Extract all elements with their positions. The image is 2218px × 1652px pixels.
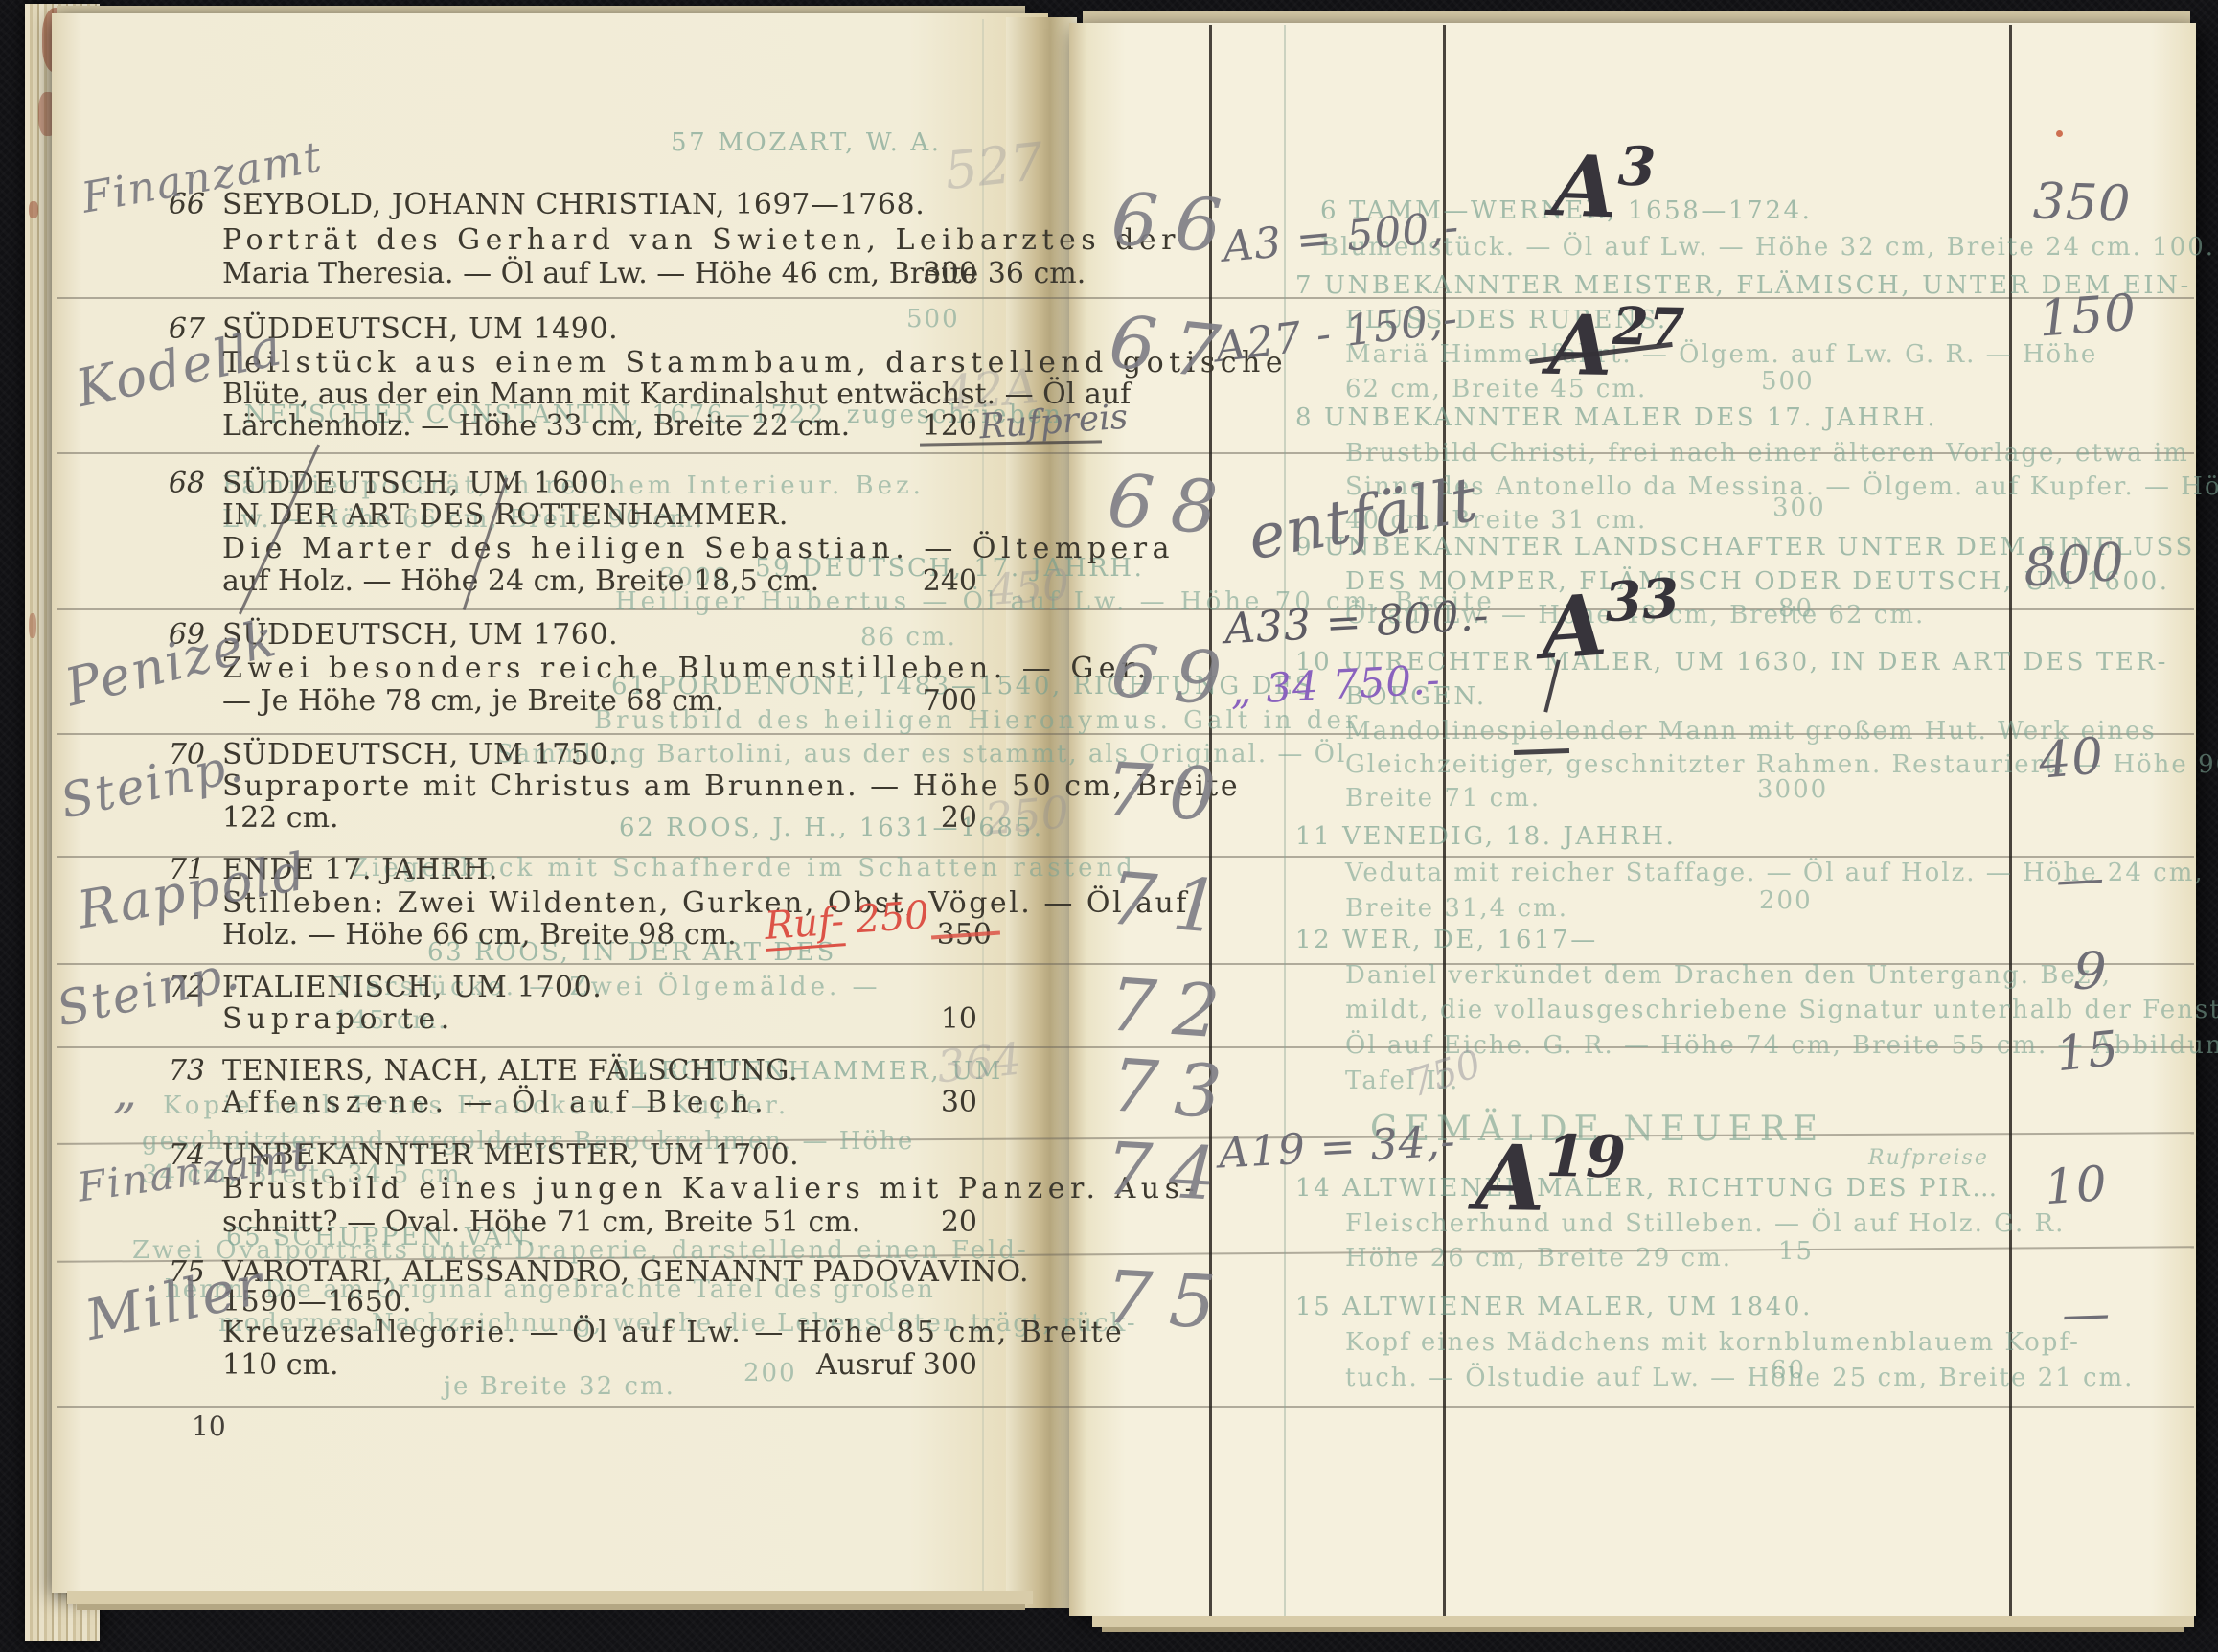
lot-description: — Je Höhe 78 cm, je Breite 68 cm. [222, 684, 724, 718]
rust-mark [29, 201, 38, 218]
lot-number: 73 [153, 1054, 205, 1088]
lot-price: 20 [834, 801, 977, 835]
lot-description: Brustbild eines jungen Kavaliers mit Pan… [222, 1172, 1200, 1205]
showthrough-text: 86 cm. [860, 623, 957, 652]
showthrough-text: 500 [906, 305, 960, 333]
hw-lot-number: 70 [1104, 746, 1235, 838]
lot-description: schnitt? — Oval. Höhe 71 cm, Breite 51 c… [222, 1205, 860, 1239]
lot-description: Affenszene. — Öl auf Blech. [222, 1086, 768, 1119]
showthrough-text: Rufpreise [1868, 1146, 1989, 1170]
lot-price: 20 [834, 1205, 977, 1239]
pen-mark-A19: A19 [1475, 1122, 1626, 1234]
hw-lot-number: 74 [1104, 1126, 1235, 1218]
lot-heading2: IN DER ART DES ROTTENHAMMER. [222, 498, 789, 532]
pen-mark-letter: A [1538, 574, 1610, 678]
showthrough-text: Daniel verkündet dem Drachen den Unterga… [1345, 961, 2112, 990]
lot-heading: SÜDDEUTSCH, UM 1490. [222, 312, 618, 346]
ausruf-label: Ausruf [816, 1348, 913, 1382]
ink-fleck [2056, 130, 2063, 137]
showthrough-text: Fleischerhund und Stilleben. — Öl auf Ho… [1345, 1209, 2065, 1238]
lot-description: Die Marter des heiligen Sebastian. — Ölt… [222, 532, 1175, 565]
hw-price-70: 40 [2037, 727, 2107, 791]
showthrough-text: 60 [1771, 1356, 1806, 1385]
ghost-number: 364 [934, 1033, 1023, 1093]
showthrough-text: 12 WER, DE, 1617— [1295, 926, 1598, 954]
lot-price: 30 [834, 1086, 977, 1119]
lot-description: Supraporte. [222, 1002, 455, 1036]
pen-mark-digits: 19 [1545, 1123, 1627, 1191]
lot-price: 700 [834, 684, 977, 718]
lot-description: Holz. — Höhe 66 cm, Breite 98 cm. [222, 918, 737, 952]
lot-description: Lärchenholz. — Höhe 33 cm, Breite 22 cm. [222, 409, 850, 443]
showthrough-text: je Breite 32 cm. [444, 1372, 675, 1401]
lot-heading: SÜDDEUTSCH, UM 1760. [222, 618, 618, 652]
hw-price-73: 15 [2053, 1021, 2121, 1083]
margin-ditto-mark: „ [113, 1066, 139, 1119]
pen-mark-digits: 33 [1603, 566, 1681, 634]
lot-description: auf Holz. — Höhe 24 cm, Breite 18,5 cm. [222, 564, 819, 598]
lot-heading: SÜDDEUTSCH, UM 1750. [222, 738, 618, 771]
hw-price-74: 10 [2043, 1156, 2110, 1215]
showthrough-text: Brustbild Christi, frei nach einer älter… [1345, 439, 2189, 468]
showthrough-text: 11 VENEDIG, 18. JAHRH. [1295, 822, 1677, 851]
showthrough-text: 8 UNBEKANNTER MALER DES 17. JAHRH. [1295, 403, 1937, 432]
lot-description: Kreuzesallegorie. — Öl auf Lw. — Höhe 85… [222, 1316, 1124, 1349]
lot-heading: SEYBOLD, JOHANN CHRISTIAN, 1697—1768. [222, 188, 925, 221]
hw-price-67: 150 [2037, 285, 2138, 349]
showthrough-text: 57 MOZART, W. A. [671, 128, 942, 157]
lot-heading: SÜDDEUTSCH, UM 1600. [222, 467, 618, 500]
hw-lot-number: 73 [1109, 1042, 1242, 1136]
hw-price-66: 350 [2032, 172, 2132, 234]
ruf-word: Ruf- [764, 899, 846, 952]
bottom-page-edge-right [1092, 1616, 2194, 1627]
hw-lot-number: 75 [1104, 1254, 1235, 1346]
showthrough-text: 3000 [1757, 775, 1828, 804]
lot-number: 68 [153, 467, 205, 500]
lot-price: 240 [834, 564, 977, 598]
page-number: 10 [192, 1411, 226, 1442]
showthrough-text: 80 [1778, 594, 1814, 623]
lot-heading: TENIERS, NACH, ALTE FÄLSCHUNG. [222, 1054, 798, 1088]
book-photo: { "book": { "left_page": { "page_number"… [0, 0, 2218, 1652]
pen-mark-letter: A [1547, 297, 1612, 395]
pen-mark-A3: A3 [1550, 132, 1657, 239]
pen-mark-letter: A [1475, 1126, 1546, 1232]
lot-heading: VAROTARI, ALESSANDRO, GENANNT PADOVAVINO… [222, 1255, 1029, 1289]
hw-price-72: 9 [2072, 940, 2109, 1001]
lot-description: 122 cm. [222, 801, 339, 835]
hw-lot-number: 68 [1105, 457, 1238, 551]
hw-lot-number: 72 [1107, 961, 1240, 1055]
ruf-value: 250 [855, 893, 930, 942]
bottom-page-edge-left2 [77, 1604, 1025, 1610]
showthrough-text: 62 ROOS, J. H., 1631—1685. [619, 814, 1044, 842]
showthrough-text: 500 [1761, 367, 1815, 396]
hw-lot-number: 71 [1106, 855, 1240, 951]
showthrough-text: Breite 71 cm. [1345, 784, 1541, 813]
lot-description: Stilleben: Zwei Wildenten, Gurken, Obst,… [222, 886, 1189, 920]
pen-mark-letter: A [1550, 135, 1619, 237]
showthrough-text: Kopf eines Mädchens mit kornblumenblauem… [1345, 1328, 2080, 1357]
showthrough-text: Breite 31,4 cm. [1345, 894, 1568, 923]
showthrough-text: tuch. — Ölstudie auf Lw. — Höhe 25 cm, B… [1345, 1364, 2134, 1392]
hw-lot-number: 69 [1108, 627, 1242, 723]
rust-mark [29, 613, 36, 638]
rule-line [57, 1406, 2194, 1408]
lot-heading: ITALIENISCH, UM 1700. [222, 971, 602, 1004]
hw-price-71-dash: — [2055, 850, 2107, 908]
lot-description: Zwei besonders reiche Blumenstilleben. —… [222, 652, 1152, 685]
ghost-number: 450 [987, 561, 1070, 615]
showthrough-text: 300 [1772, 493, 1826, 522]
showthrough-text: Mariä Himmelfahrt. — Ölgem. auf Lw. G. R… [1345, 340, 2097, 369]
showthrough-text: 200 [1759, 886, 1813, 915]
hw-price-75-dash: — [2061, 1285, 2112, 1342]
bottom-page-edge-left [67, 1591, 1033, 1604]
lot-description: Porträt des Gerhard van Swieten, Leibarz… [222, 223, 1180, 257]
showthrough-text: Höhe 26 cm, Breite 29 cm. [1345, 1244, 1732, 1273]
pen-mark-digits: 3 [1617, 135, 1657, 199]
lot-price: 300 [834, 257, 977, 290]
showthrough-text: 14 ALTWIENER MALER, RICHTUNG DES PIR… [1295, 1174, 2000, 1203]
bottom-page-edge-right2 [1102, 1627, 2184, 1632]
hw-price-69: 800 [2022, 531, 2127, 598]
lot-price: 120 [834, 409, 977, 443]
showthrough-text: Mandolinespielender Mann mit großem Hut.… [1345, 717, 2157, 746]
lot-description: 110 cm. [222, 1348, 339, 1382]
ghost-number: 527 [942, 131, 1046, 201]
ausruf-value: 300 [923, 1348, 977, 1382]
lot-price-ausruf: Ausruf 300 [757, 1348, 977, 1382]
lot-price: 10 [834, 1002, 977, 1036]
showthrough-text: 15 ALTWIENER MALER, UM 1840. [1295, 1293, 1813, 1321]
showthrough-text: 15 [1778, 1237, 1814, 1266]
lot-description: Supraporte mit Christus am Brunnen. — Hö… [222, 769, 1240, 803]
